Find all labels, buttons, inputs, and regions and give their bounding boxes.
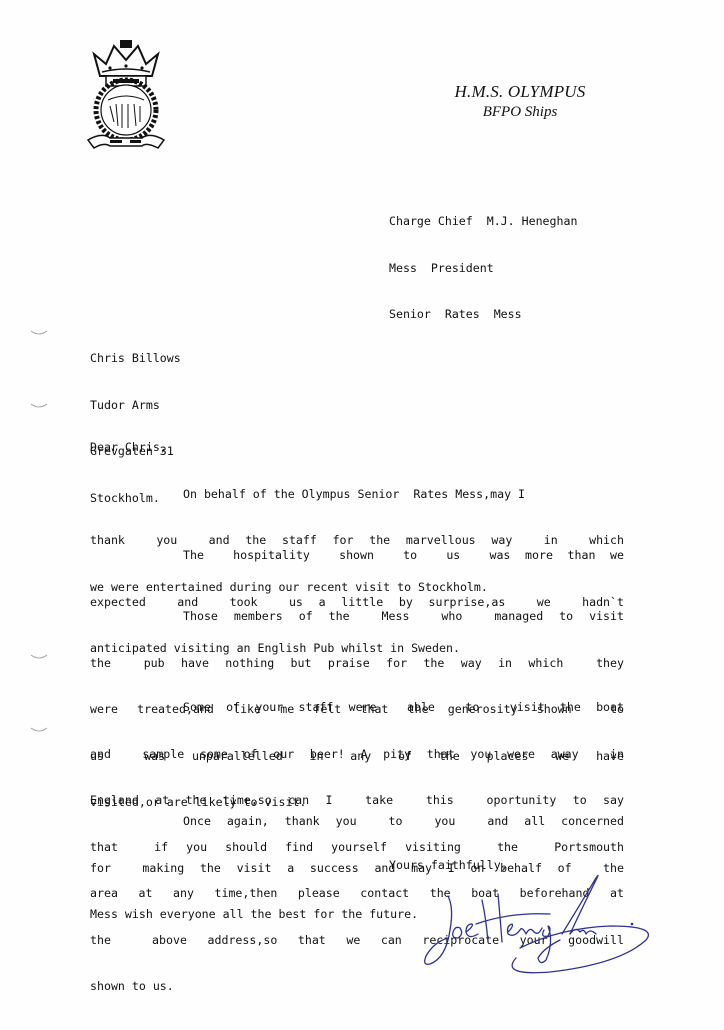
sender-line: Mess President xyxy=(389,261,577,277)
punch-hole-mark xyxy=(30,727,48,733)
ship-address: BFPO Ships xyxy=(420,102,620,122)
letterhead: H.M.S. OLYMPUS BFPO Ships xyxy=(420,82,620,122)
paragraph-line: Once again, thank you to you and all con… xyxy=(90,814,624,830)
punch-hole-mark xyxy=(30,403,48,409)
punch-hole-mark xyxy=(30,654,48,660)
paragraph-line: Those members of the Mess who managed to… xyxy=(90,609,624,625)
paragraph-line: and sample some of our beer! A pity that… xyxy=(90,747,624,763)
recipient-line: Chris Billows xyxy=(90,351,181,367)
ship-crest-icon xyxy=(80,36,172,162)
ship-name: H.M.S. OLYMPUS xyxy=(420,82,620,102)
paragraph-line: On behalf of the Olympus Senior Rates Me… xyxy=(90,487,624,503)
salutation: Dear Chris, xyxy=(90,440,167,456)
paragraph-line: The hospitality shown to us was more tha… xyxy=(90,548,624,564)
sender-block: Charge Chief M.J. Heneghan Mess Presiden… xyxy=(389,183,577,354)
sender-line: Senior Rates Mess xyxy=(389,307,577,323)
letter-page: H.M.S. OLYMPUS BFPO Ships Charge Chief M… xyxy=(0,0,724,1030)
sender-line: Charge Chief M.J. Heneghan xyxy=(389,214,577,230)
paragraph-line: shown to us. xyxy=(90,979,624,995)
recipient-line: Tudor Arms xyxy=(90,398,181,414)
punch-hole-mark xyxy=(30,330,48,336)
paragraph-line: Some of your staff were able to visit th… xyxy=(90,700,624,716)
handwritten-signature-icon xyxy=(420,868,650,978)
